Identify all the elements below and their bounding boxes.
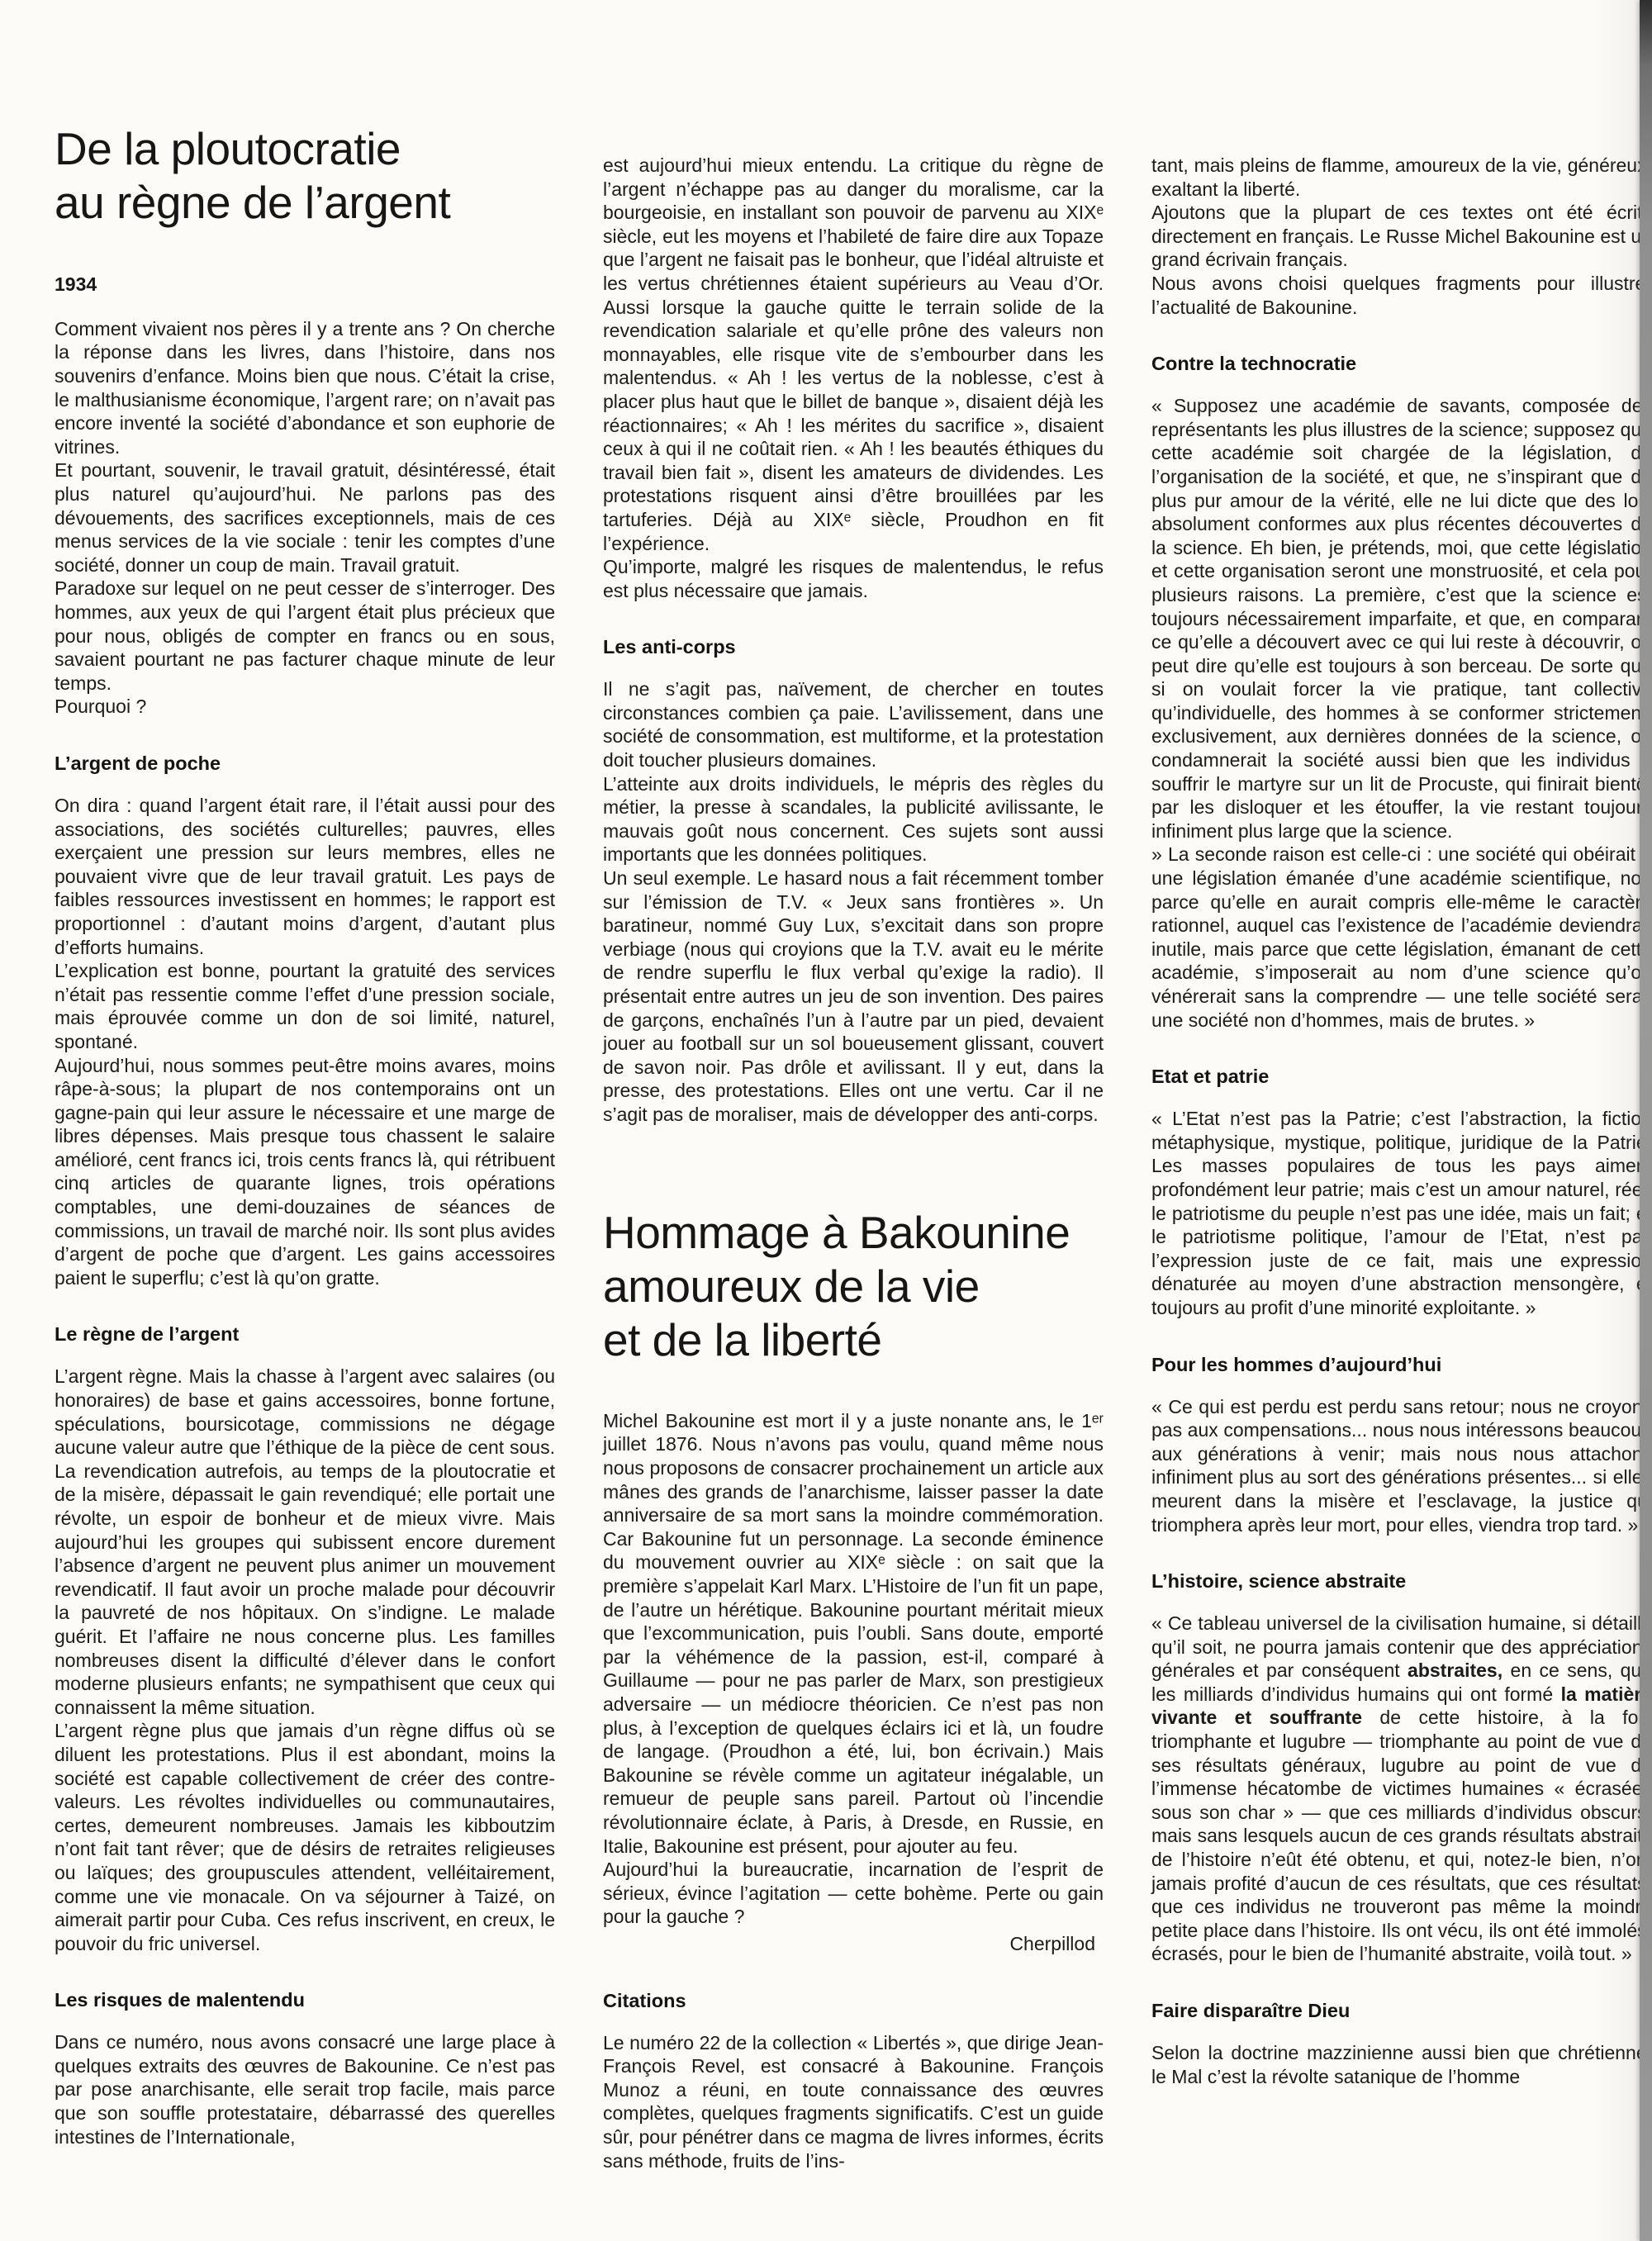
section-heading-hommes-aujourdhui: Pour les hommes d’aujourd’hui: [1151, 1354, 1652, 1376]
section-heading-faire-disparaitre-dieu: Faire disparaître Dieu: [1151, 2000, 1652, 2022]
paragraph: Ajoutons que la plupart de ces textes on…: [1151, 201, 1652, 272]
page-content: De la ploutocratie au règne de l’argent …: [0, 0, 1652, 2241]
scanned-newspaper-page: { "page": { "background": "#fcfbf8", "te…: [0, 0, 1652, 2241]
article-title-ploutocratie: De la ploutocratie au règne de l’argent: [55, 122, 555, 230]
paragraph: Michel Bakounine est mort il y a juste n…: [603, 1409, 1104, 1858]
paragraph: « Ce qui est perdu est perdu sans retour…: [1151, 1395, 1652, 1537]
section-heading-contre-technocratie: Contre la technocratie: [1151, 353, 1652, 375]
column-3: tant, mais pleins de flamme, amoureux de…: [1151, 122, 1652, 2241]
paragraph: L’explication est bonne, pourtant la gra…: [55, 959, 555, 1053]
paragraph: « L’Etat n’est pas la Patrie; c’est l’ab…: [1151, 1107, 1652, 1319]
section-heading-etat-patrie: Etat et patrie: [1151, 1066, 1652, 1088]
paragraph: Un seul exemple. Le hasard nous a fait r…: [603, 866, 1104, 1127]
section-heading-citations: Citations: [603, 1990, 1104, 2012]
paragraph: On dira : quand l’argent était rare, il …: [55, 794, 555, 959]
paragraph: tant, mais pleins de flamme, amoureux de…: [1151, 154, 1652, 201]
paragraph: L’argent règne. Mais la chasse à l’argen…: [55, 1365, 555, 1719]
scan-edge-strip: [1640, 0, 1652, 2241]
paragraph: Comment vivaient nos pères il y a trente…: [55, 317, 555, 459]
article-date: 1934: [55, 273, 555, 296]
section-heading-risques-malentendu: Les risques de malentendu: [55, 1989, 555, 2011]
paragraph: « Supposez une académie de savants, comp…: [1151, 394, 1652, 843]
paragraph: « Ce tableau universel de la civilisatio…: [1151, 1612, 1652, 1966]
paragraph: » La seconde raison est celle-ci : une s…: [1151, 843, 1652, 1032]
paragraph: L’atteinte aux droits individuels, le mé…: [603, 772, 1104, 866]
paragraph: Le numéro 22 de la collection « Libertés…: [603, 2031, 1104, 2173]
paragraph: Selon la doctrine mazzinienne aussi bien…: [1151, 2041, 1652, 2088]
article-title-hommage-bakounine: Hommage à Bakounine amoureux de la vie e…: [603, 1206, 1104, 1368]
section-heading-anti-corps: Les anti-corps: [603, 636, 1104, 658]
section-heading-argent-de-poche: L’argent de poche: [55, 753, 555, 775]
paragraph: Dans ce numéro, nous avons consacré une …: [55, 2030, 555, 2148]
paragraph: Nous avons choisi quelques fragments pou…: [1151, 272, 1652, 319]
paragraph: Qu’importe, malgré les risques de malent…: [603, 555, 1104, 602]
paragraph: Aujourd’hui, nous sommes peut-être moins…: [55, 1054, 555, 1290]
column-2: est aujourd’hui mieux entendu. La critiq…: [603, 122, 1104, 2241]
column-1: De la ploutocratie au règne de l’argent …: [55, 122, 555, 2241]
paragraph: Pourquoi ?: [55, 695, 555, 719]
paragraph: Et pourtant, souvenir, le travail gratui…: [55, 458, 555, 577]
paragraph: Il ne s’agit pas, naïvement, de chercher…: [603, 677, 1104, 772]
paragraph: L’argent règne plus que jamais d’un règn…: [55, 1719, 555, 1955]
paragraph: Aujourd’hui la bureaucratie, incarnation…: [603, 1858, 1104, 1929]
paragraph: est aujourd’hui mieux entendu. La critiq…: [603, 154, 1104, 555]
section-heading-histoire-science-abstraite: L’histoire, science abstraite: [1151, 1570, 1652, 1593]
author-signature: Cherpillod: [603, 1932, 1104, 1956]
paragraph: Paradoxe sur lequel on ne peut cesser de…: [55, 577, 555, 695]
section-heading-regne-argent: Le règne de l’argent: [55, 1323, 555, 1346]
